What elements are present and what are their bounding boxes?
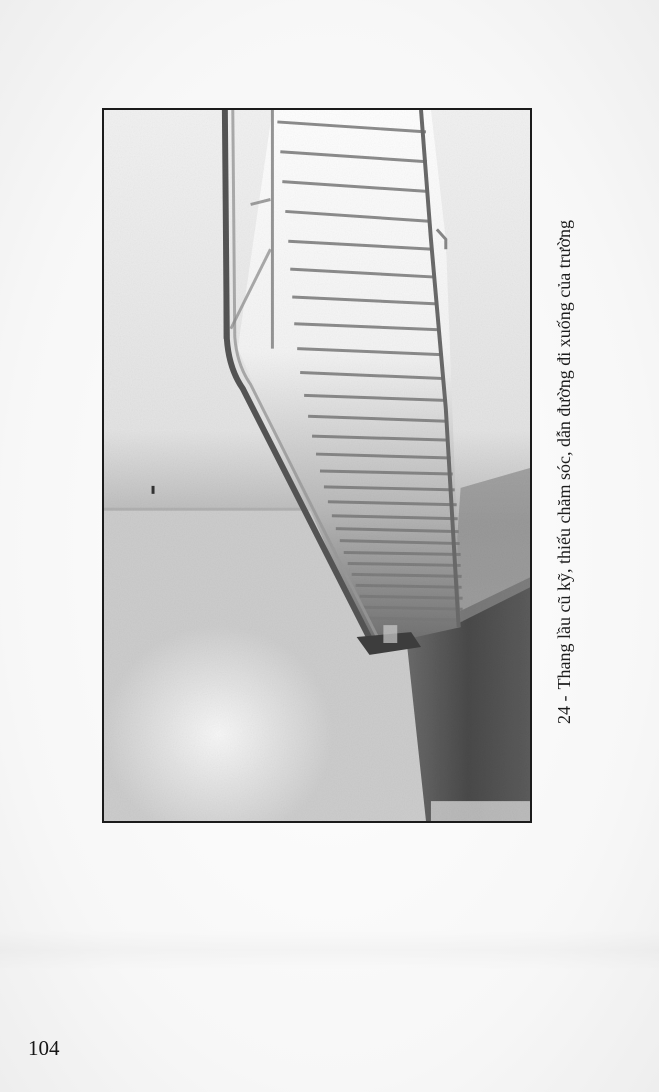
figure-caption: 24 -Thang lầu cũ kỹ, thiếu chăm sóc, dẫn… [551,172,577,772]
book-page: 24 -Thang lầu cũ kỹ, thiếu chăm sóc, dẫn… [0,0,659,1092]
page-number: 104 [28,1036,60,1060]
figure-number: 24 - [554,695,574,724]
figure-caption-text: Thang lầu cũ kỹ, thiếu chăm sóc, dẫn đườ… [554,220,574,689]
photo-illustration [104,110,530,821]
staircase-photo [102,108,532,823]
scan-shadow [0,930,659,970]
